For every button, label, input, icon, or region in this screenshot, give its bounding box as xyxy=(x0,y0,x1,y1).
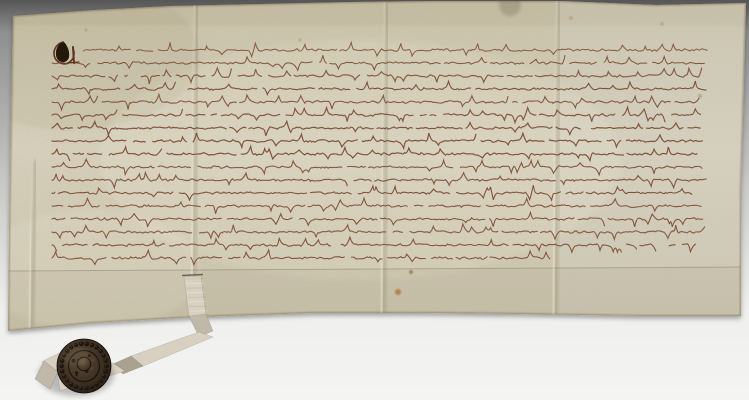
parchment-document xyxy=(0,0,749,340)
ribbon-diagonal-band xyxy=(131,332,213,367)
seal-highlight xyxy=(62,347,90,365)
plica-band xyxy=(8,267,741,331)
wax-seal xyxy=(57,339,111,393)
photo-medieval-charter xyxy=(0,0,749,400)
ribbon-slit xyxy=(182,275,203,276)
scene-svg xyxy=(0,0,749,400)
